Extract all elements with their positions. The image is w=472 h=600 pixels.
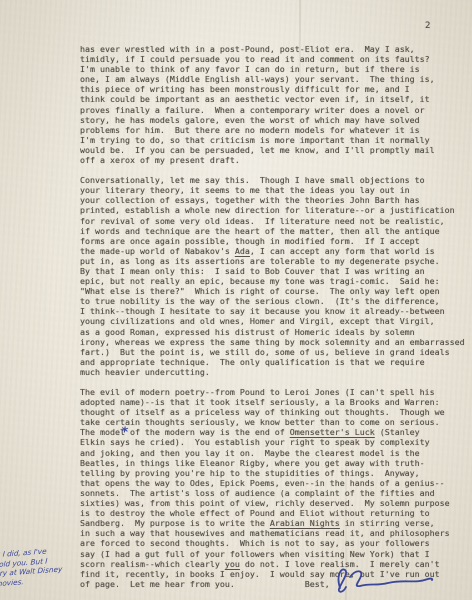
paragraph-2: Conversationally, let me say this. Thoug…: [80, 175, 472, 377]
page-number: 2: [425, 21, 430, 31]
letter-body: has ever wrestled with in a post-Pound, …: [80, 44, 472, 599]
letter-page: 2 has ever wrestled with in a post-Pound…: [0, 0, 472, 600]
paragraph-1: has ever wrestled with in a post-Pound, …: [80, 44, 472, 165]
signature-scrawl: [328, 564, 440, 598]
handwritten-margin-note: * I did, as I've told you. But I cry at …: [0, 544, 77, 588]
paragraph-3: The evil of modern poetry--from Pound to…: [80, 387, 472, 589]
signature-stroke: [339, 569, 433, 591]
